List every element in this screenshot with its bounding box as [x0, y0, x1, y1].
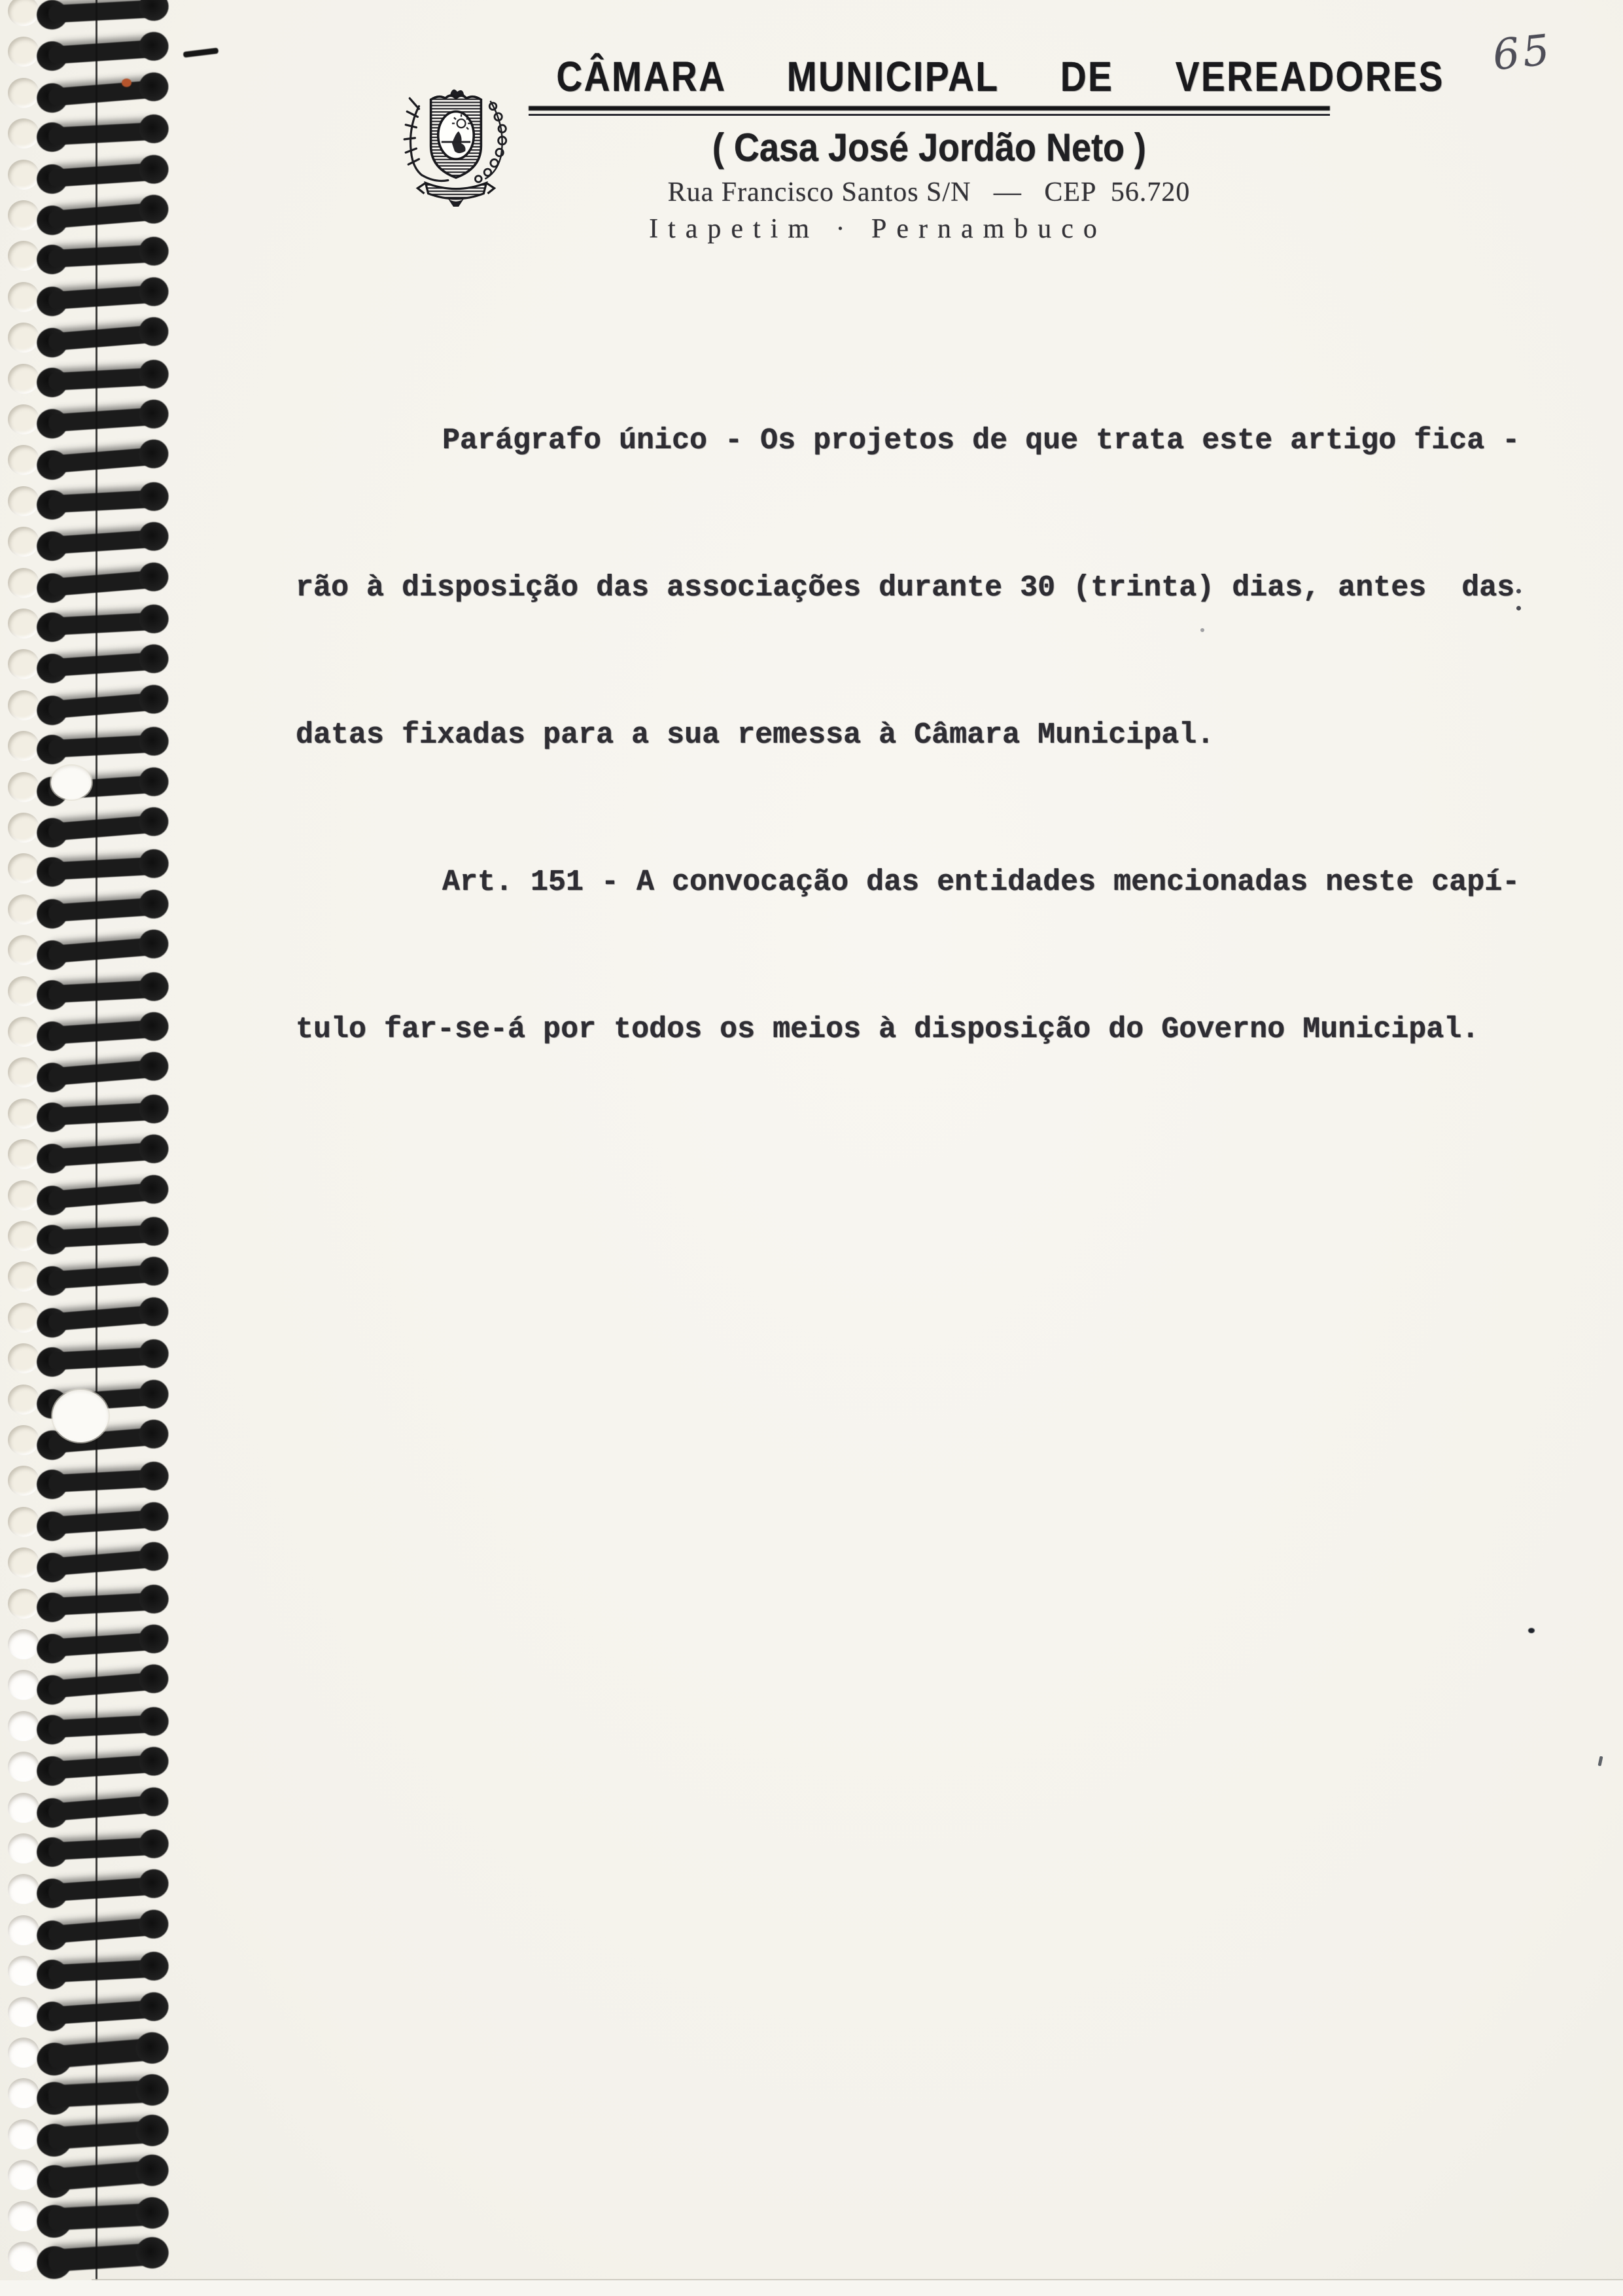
- punch-hole: [8, 2038, 39, 2068]
- torn-punch-hole: [51, 766, 92, 800]
- punch-hole: [8, 2078, 39, 2108]
- spiral-coil: [36, 116, 169, 153]
- punch-hole: [8, 1343, 39, 1373]
- punch-hole: [8, 1997, 39, 2027]
- spiral-coil: [36, 484, 169, 521]
- spiral-coil: [36, 156, 170, 194]
- spiral-coil: [36, 2075, 169, 2113]
- underline-thin: [529, 114, 1330, 116]
- punch-hole: [8, 649, 39, 679]
- paragraph-line: Parágrafo único - Os projetos de que tra…: [296, 416, 1520, 465]
- punch-hole: [8, 0, 39, 26]
- spiral-coil: [35, 2033, 169, 2074]
- punch-hole: [8, 1874, 39, 1904]
- punch-hole: [8, 1589, 39, 1619]
- binding-spine-line: [96, 0, 97, 2296]
- spiral-coil: [36, 238, 169, 275]
- page-bottom-margin: [0, 2280, 1623, 2296]
- punch-hole: [8, 1385, 39, 1415]
- spiral-coil: [36, 361, 169, 398]
- punch-hole: [8, 323, 39, 353]
- punch-hole: [8, 37, 39, 67]
- paragraph-line: rão à disposição das associações durante…: [296, 563, 1520, 612]
- document-body: Parágrafo único - Os projetos de que tra…: [296, 318, 1520, 1152]
- spiral-coil: [36, 1708, 169, 1746]
- punch-hole: [8, 1956, 39, 1986]
- punch-hole: [8, 364, 39, 394]
- punch-hole: [8, 1180, 39, 1210]
- spiral-coil: [36, 278, 170, 317]
- punch-hole: [8, 200, 39, 230]
- spiral-coil: [36, 400, 170, 439]
- ink-speck: [1200, 628, 1204, 632]
- ink-speck: [1516, 589, 1522, 615]
- spiral-coil: [36, 523, 170, 562]
- spiral-coil: [36, 728, 169, 766]
- spiral-coil: [36, 1341, 169, 1378]
- punch-hole: [8, 1425, 39, 1455]
- punch-hole: [8, 976, 39, 1006]
- punch-hole: [8, 1262, 39, 1292]
- punch-hole: [8, 894, 39, 925]
- spiral-coil: [36, 1993, 170, 2032]
- title-underline: [529, 106, 1330, 116]
- punch-hole: [8, 853, 39, 883]
- spiral-coil: [35, 2155, 169, 2196]
- spiral-coil: [35, 1911, 169, 1951]
- spiral-binding: [0, 0, 196, 2296]
- punch-hole: [8, 1099, 39, 1129]
- spiral-coil: [35, 1788, 169, 1829]
- punch-hole: [8, 813, 39, 843]
- punch-hole: [8, 609, 39, 639]
- paragraph-line: datas fixadas para a sua remessa à Câmar…: [296, 711, 1520, 760]
- spiral-coil: [36, 33, 170, 72]
- letterhead: CÂMARA MUNICIPAL DE VEREADORES ( Casa Jo…: [484, 52, 1374, 245]
- punch-hole: [8, 1833, 39, 1863]
- spiral-coil: [36, 1831, 169, 1868]
- punch-hole: [8, 1466, 39, 1496]
- punch-hole: [8, 1303, 39, 1333]
- punch-hole: [8, 1507, 39, 1537]
- spiral-coil: [36, 1625, 170, 1664]
- spiral-coil: [35, 73, 169, 114]
- spiral-coil: [36, 2238, 170, 2276]
- punch-hole: [8, 2119, 39, 2149]
- spiral-coil: [36, 1871, 170, 1909]
- punch-hole: [8, 2201, 39, 2231]
- spiral-coil: [36, 1096, 169, 1133]
- spiral-coil: [35, 1176, 169, 1216]
- spiral-coil: [35, 686, 169, 726]
- punch-hole: [8, 1057, 39, 1087]
- handwritten-page-number: 65: [1490, 26, 1555, 80]
- punch-hole: [8, 486, 39, 516]
- spiral-coil: [35, 808, 169, 849]
- spiral-coil: [35, 563, 169, 604]
- punch-hole: [8, 160, 39, 190]
- spiral-coil: [36, 646, 170, 684]
- punch-hole: [8, 1752, 39, 1782]
- spiral-coil: [36, 1748, 170, 1787]
- spiral-coil: [35, 196, 169, 236]
- spiral-coil: [35, 930, 169, 971]
- spiral-coil: [36, 1258, 170, 1297]
- punch-hole: [8, 445, 39, 475]
- spiral-coil: [36, 1136, 170, 1174]
- punch-hole: [8, 935, 39, 965]
- spiral-coil: [35, 1665, 169, 1706]
- punch-hole: [8, 282, 39, 312]
- ink-speck: [1597, 1756, 1603, 1767]
- underline-thick: [529, 106, 1330, 111]
- punch-hole: [8, 1139, 39, 1169]
- spiral-coil: [35, 1053, 169, 1093]
- punch-hole: [8, 2160, 39, 2190]
- paragraph-line: tulo far-se-á por todos os meios à dispo…: [296, 1005, 1520, 1054]
- spiral-coil: [35, 318, 169, 359]
- spiral-coil: [35, 440, 169, 481]
- torn-punch-hole: [52, 1390, 109, 1442]
- spiral-coil: [35, 1298, 169, 1339]
- ink-speck: [122, 79, 131, 87]
- punch-hole: [8, 404, 39, 434]
- org-title: CÂMARA MUNICIPAL DE VEREADORES: [556, 52, 1444, 101]
- scanned-document-page: CÂMARA MUNICIPAL DE VEREADORES ( Casa Jo…: [0, 0, 1623, 2296]
- spiral-coil: [35, 1543, 169, 1583]
- punch-hole: [8, 78, 39, 108]
- punch-hole: [8, 1793, 39, 1823]
- spiral-coil: [36, 1013, 170, 1051]
- spiral-coil: [36, 891, 170, 929]
- punch-hole: [8, 1221, 39, 1251]
- punch-hole: [8, 1915, 39, 1945]
- ink-speck: [1528, 1628, 1535, 1633]
- spiral-coil: [36, 1503, 170, 1542]
- punch-hole: [8, 118, 39, 149]
- spiral-coil: [36, 0, 169, 30]
- spiral-coil: [36, 1463, 169, 1500]
- org-address: Rua Francisco Santos S/N — CEP 56.720: [484, 177, 1374, 208]
- spiral-coil: [36, 973, 169, 1010]
- punch-hole: [8, 2242, 39, 2272]
- punch-hole: [8, 527, 39, 557]
- punch-hole: [8, 690, 39, 720]
- spiral-coil: [36, 1585, 169, 1623]
- punch-hole: [8, 1017, 39, 1047]
- punch-hole: [8, 731, 39, 761]
- spiral-coil: [36, 2198, 169, 2235]
- spiral-coil: [36, 1218, 169, 1256]
- punch-hole: [8, 772, 39, 802]
- punch-hole: [8, 1711, 39, 1741]
- spiral-coil: [36, 851, 169, 888]
- punch-hole: [8, 1547, 39, 1578]
- spiral-coil: [36, 1953, 169, 1990]
- paragraph-line: Art. 151 - A convocação das entidades me…: [296, 858, 1520, 907]
- org-city: Itapetim · Pernambuco: [433, 213, 1323, 245]
- page-bottom-edge: [92, 2279, 1623, 2280]
- punch-hole: [8, 241, 39, 271]
- punch-hole: [8, 1670, 39, 1700]
- org-subtitle: ( Casa José Jordão Neto ): [712, 125, 1145, 170]
- punch-hole: [8, 1629, 39, 1659]
- punch-hole: [8, 568, 39, 598]
- spiral-coil: [36, 2115, 170, 2154]
- spiral-coil: [36, 606, 169, 643]
